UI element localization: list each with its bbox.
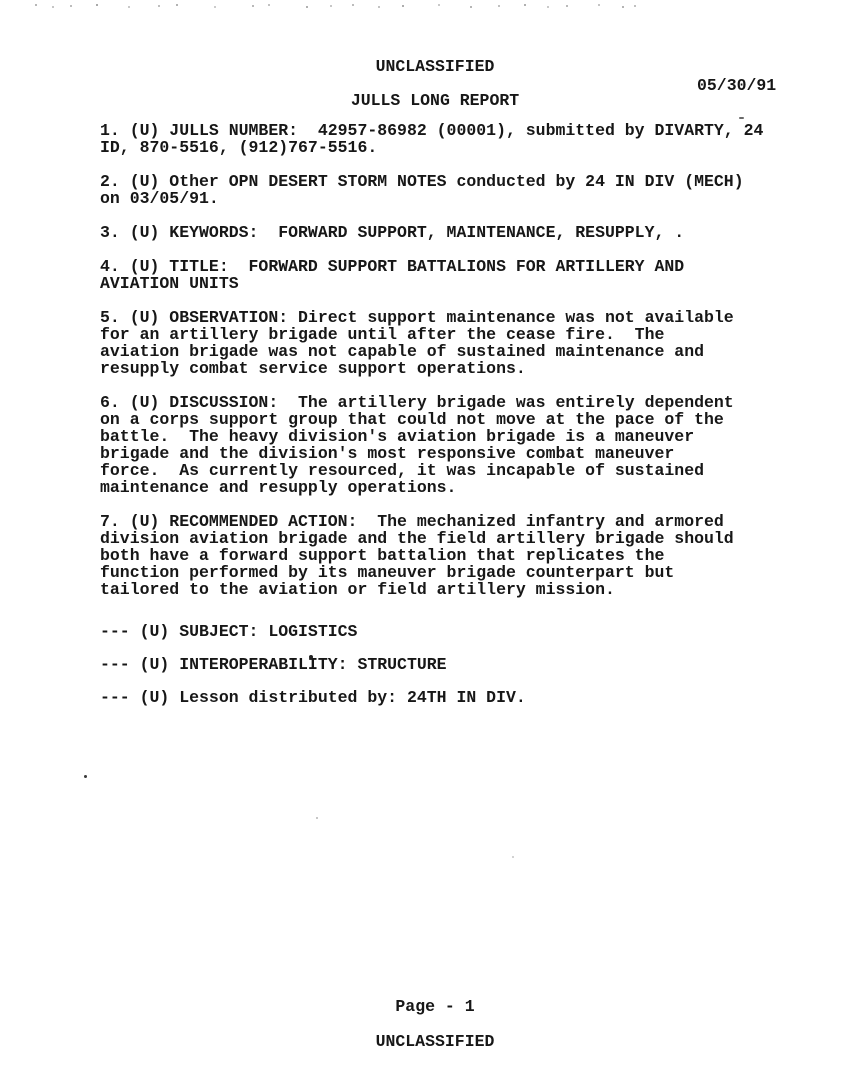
classification-header: UNCLASSIFIED bbox=[100, 58, 770, 75]
ink-speck bbox=[739, 117, 744, 119]
ink-speck bbox=[84, 775, 87, 778]
footnote-distribution: --- (U) Lesson distributed by: 24TH IN D… bbox=[100, 689, 790, 706]
document-page: UNCLASSIFIED 05/30/91 JULLS LONG REPORT … bbox=[0, 0, 848, 1088]
report-title: JULLS LONG REPORT bbox=[100, 92, 770, 109]
page-number: Page - 1 bbox=[100, 998, 770, 1015]
paragraph-operation: 2. (U) Other OPN DESERT STORM NOTES cond… bbox=[100, 173, 790, 207]
paragraph-observation: 5. (U) OBSERVATION: Direct support maint… bbox=[100, 309, 790, 377]
ink-speck bbox=[512, 856, 514, 858]
scan-noise-band bbox=[0, 4, 2, 6]
paragraph-discussion: 6. (U) DISCUSSION: The artillery brigade… bbox=[100, 394, 790, 496]
ink-speck bbox=[309, 655, 313, 659]
footnote-subject: --- (U) SUBJECT: LOGISTICS bbox=[100, 623, 790, 640]
footnote-section: --- (U) SUBJECT: LOGISTICS --- (U) INTER… bbox=[100, 623, 790, 706]
report-body: 1. (U) JULLS NUMBER: 42957-86982 (00001)… bbox=[100, 122, 790, 722]
classification-footer: UNCLASSIFIED bbox=[100, 1033, 770, 1050]
paragraph-title: 4. (U) TITLE: FORWARD SUPPORT BATTALIONS… bbox=[100, 258, 790, 292]
ink-speck bbox=[316, 817, 318, 819]
paragraph-julls-number: 1. (U) JULLS NUMBER: 42957-86982 (00001)… bbox=[100, 122, 790, 156]
paragraph-recommended-action: 7. (U) RECOMMENDED ACTION: The mechanize… bbox=[100, 513, 790, 598]
paragraph-keywords: 3. (U) KEYWORDS: FORWARD SUPPORT, MAINTE… bbox=[100, 224, 790, 241]
footnote-interoperability: --- (U) INTEROPERABILITY: STRUCTURE bbox=[100, 656, 790, 673]
